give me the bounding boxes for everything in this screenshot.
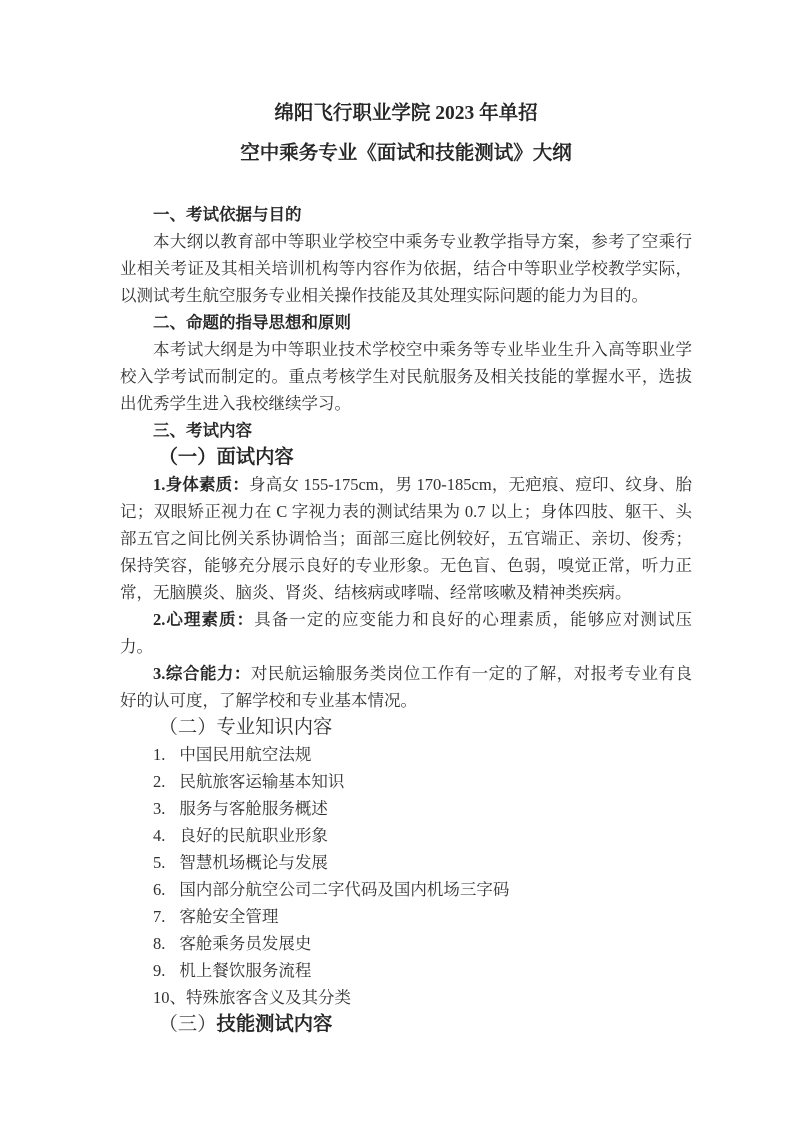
section-1-heading: 一、考试依据与目的 — [120, 201, 692, 228]
interview-item-comprehensive: 3.综合能力：对民航运输服务类岗位工作有一定的了解，对报考专业有良好的认可度，了… — [120, 660, 692, 714]
knowledge-list: 1.中国民用航空法规 2.民航旅客运输基本知识 3.服务与客舱服务概述 4.良好… — [120, 741, 692, 1011]
knowledge-item-6-text: 国内部分航空公司二字代码及国内机场三字码 — [179, 880, 509, 899]
knowledge-item-3: 3.服务与客舱服务概述 — [120, 795, 692, 822]
knowledge-item-8-num: 8. — [153, 934, 165, 953]
knowledge-item-7-num: 7. — [153, 907, 165, 926]
section-3-heading: 三、考试内容 — [120, 417, 692, 444]
knowledge-item-5-num: 5. — [153, 853, 165, 872]
knowledge-item-1-num: 1. — [153, 745, 165, 764]
subsection-knowledge-heading: （二）专业知识内容 — [120, 714, 692, 741]
knowledge-item-9-text: 机上餐饮服务流程 — [179, 961, 311, 980]
knowledge-item-9: 9.机上餐饮服务流程 — [120, 957, 692, 984]
knowledge-item-10-text: 特殊旅客含义及其分类 — [186, 988, 351, 1007]
knowledge-item-6-num: 6. — [153, 880, 165, 899]
knowledge-item-9-num: 9. — [153, 961, 165, 980]
knowledge-item-4-text: 良好的民航职业形象 — [179, 826, 328, 845]
knowledge-item-5: 5.智慧机场概论与发展 — [120, 849, 692, 876]
knowledge-item-2: 2.民航旅客运输基本知识 — [120, 768, 692, 795]
knowledge-item-3-text: 服务与客舱服务概述 — [179, 799, 328, 818]
subsection-skill-test-label: 技能测试内容 — [217, 1014, 333, 1035]
knowledge-item-7: 7.客舱安全管理 — [120, 903, 692, 930]
knowledge-item-4: 4.良好的民航职业形象 — [120, 822, 692, 849]
doc-title-line-1: 绵阳飞行职业学院 2023 年单招 — [120, 94, 692, 134]
knowledge-item-5-text: 智慧机场概论与发展 — [179, 853, 328, 872]
knowledge-item-3-num: 3. — [153, 799, 165, 818]
subsection-skill-test-heading: （三）技能测试内容 — [120, 1011, 692, 1038]
interview-item-comprehensive-lead: 3.综合能力： — [153, 664, 251, 683]
interview-item-psych-lead: 2.心理素质： — [153, 610, 254, 629]
knowledge-item-6: 6.国内部分航空公司二字代码及国内机场三字码 — [120, 876, 692, 903]
interview-item-physical-text: 身高女 155-175cm，男 170-185cm，无疤痕、痘印、纹身、胎记；双… — [120, 475, 692, 602]
knowledge-item-10-num: 10、 — [153, 988, 186, 1007]
section-2-heading: 二、命题的指导思想和原则 — [120, 309, 692, 336]
knowledge-item-2-text: 民航旅客运输基本知识 — [179, 772, 344, 791]
subsection-skill-test-prefix: （三） — [159, 1014, 217, 1035]
knowledge-item-4-num: 4. — [153, 826, 165, 845]
knowledge-item-1: 1.中国民用航空法规 — [120, 741, 692, 768]
document-title-block: 绵阳飞行职业学院 2023 年单招 空中乘务专业《面试和技能测试》大纲 — [120, 94, 692, 174]
knowledge-item-7-text: 客舱安全管理 — [179, 907, 278, 926]
knowledge-item-8: 8.客舱乘务员发展史 — [120, 930, 692, 957]
knowledge-item-2-num: 2. — [153, 772, 165, 791]
subsection-interview-heading: （一）面试内容 — [120, 444, 692, 471]
knowledge-item-8-text: 客舱乘务员发展史 — [179, 934, 311, 953]
section-2-paragraph: 本考试大纲是为中等职业技术学校空中乘务等专业毕业生升入高等职业学校入学考试而制定… — [120, 336, 692, 417]
section-1-paragraph: 本大纲以教育部中等职业学校空中乘务专业教学指导方案，参考了空乘行业相关考证及其相… — [120, 228, 692, 309]
knowledge-item-1-text: 中国民用航空法规 — [179, 745, 311, 764]
doc-title-line-2: 空中乘务专业《面试和技能测试》大纲 — [120, 134, 692, 174]
interview-item-physical: 1.身体素质：身高女 155-175cm，男 170-185cm，无疤痕、痘印、… — [120, 471, 692, 606]
document-page: 绵阳飞行职业学院 2023 年单招 空中乘务专业《面试和技能测试》大纲 一、考试… — [0, 0, 800, 1131]
interview-item-psych: 2.心理素质：具备一定的应变能力和良好的心理素质，能够应对测试压力。 — [120, 606, 692, 660]
interview-item-physical-lead: 1.身体素质： — [153, 475, 249, 494]
knowledge-item-10: 10、特殊旅客含义及其分类 — [120, 984, 692, 1011]
